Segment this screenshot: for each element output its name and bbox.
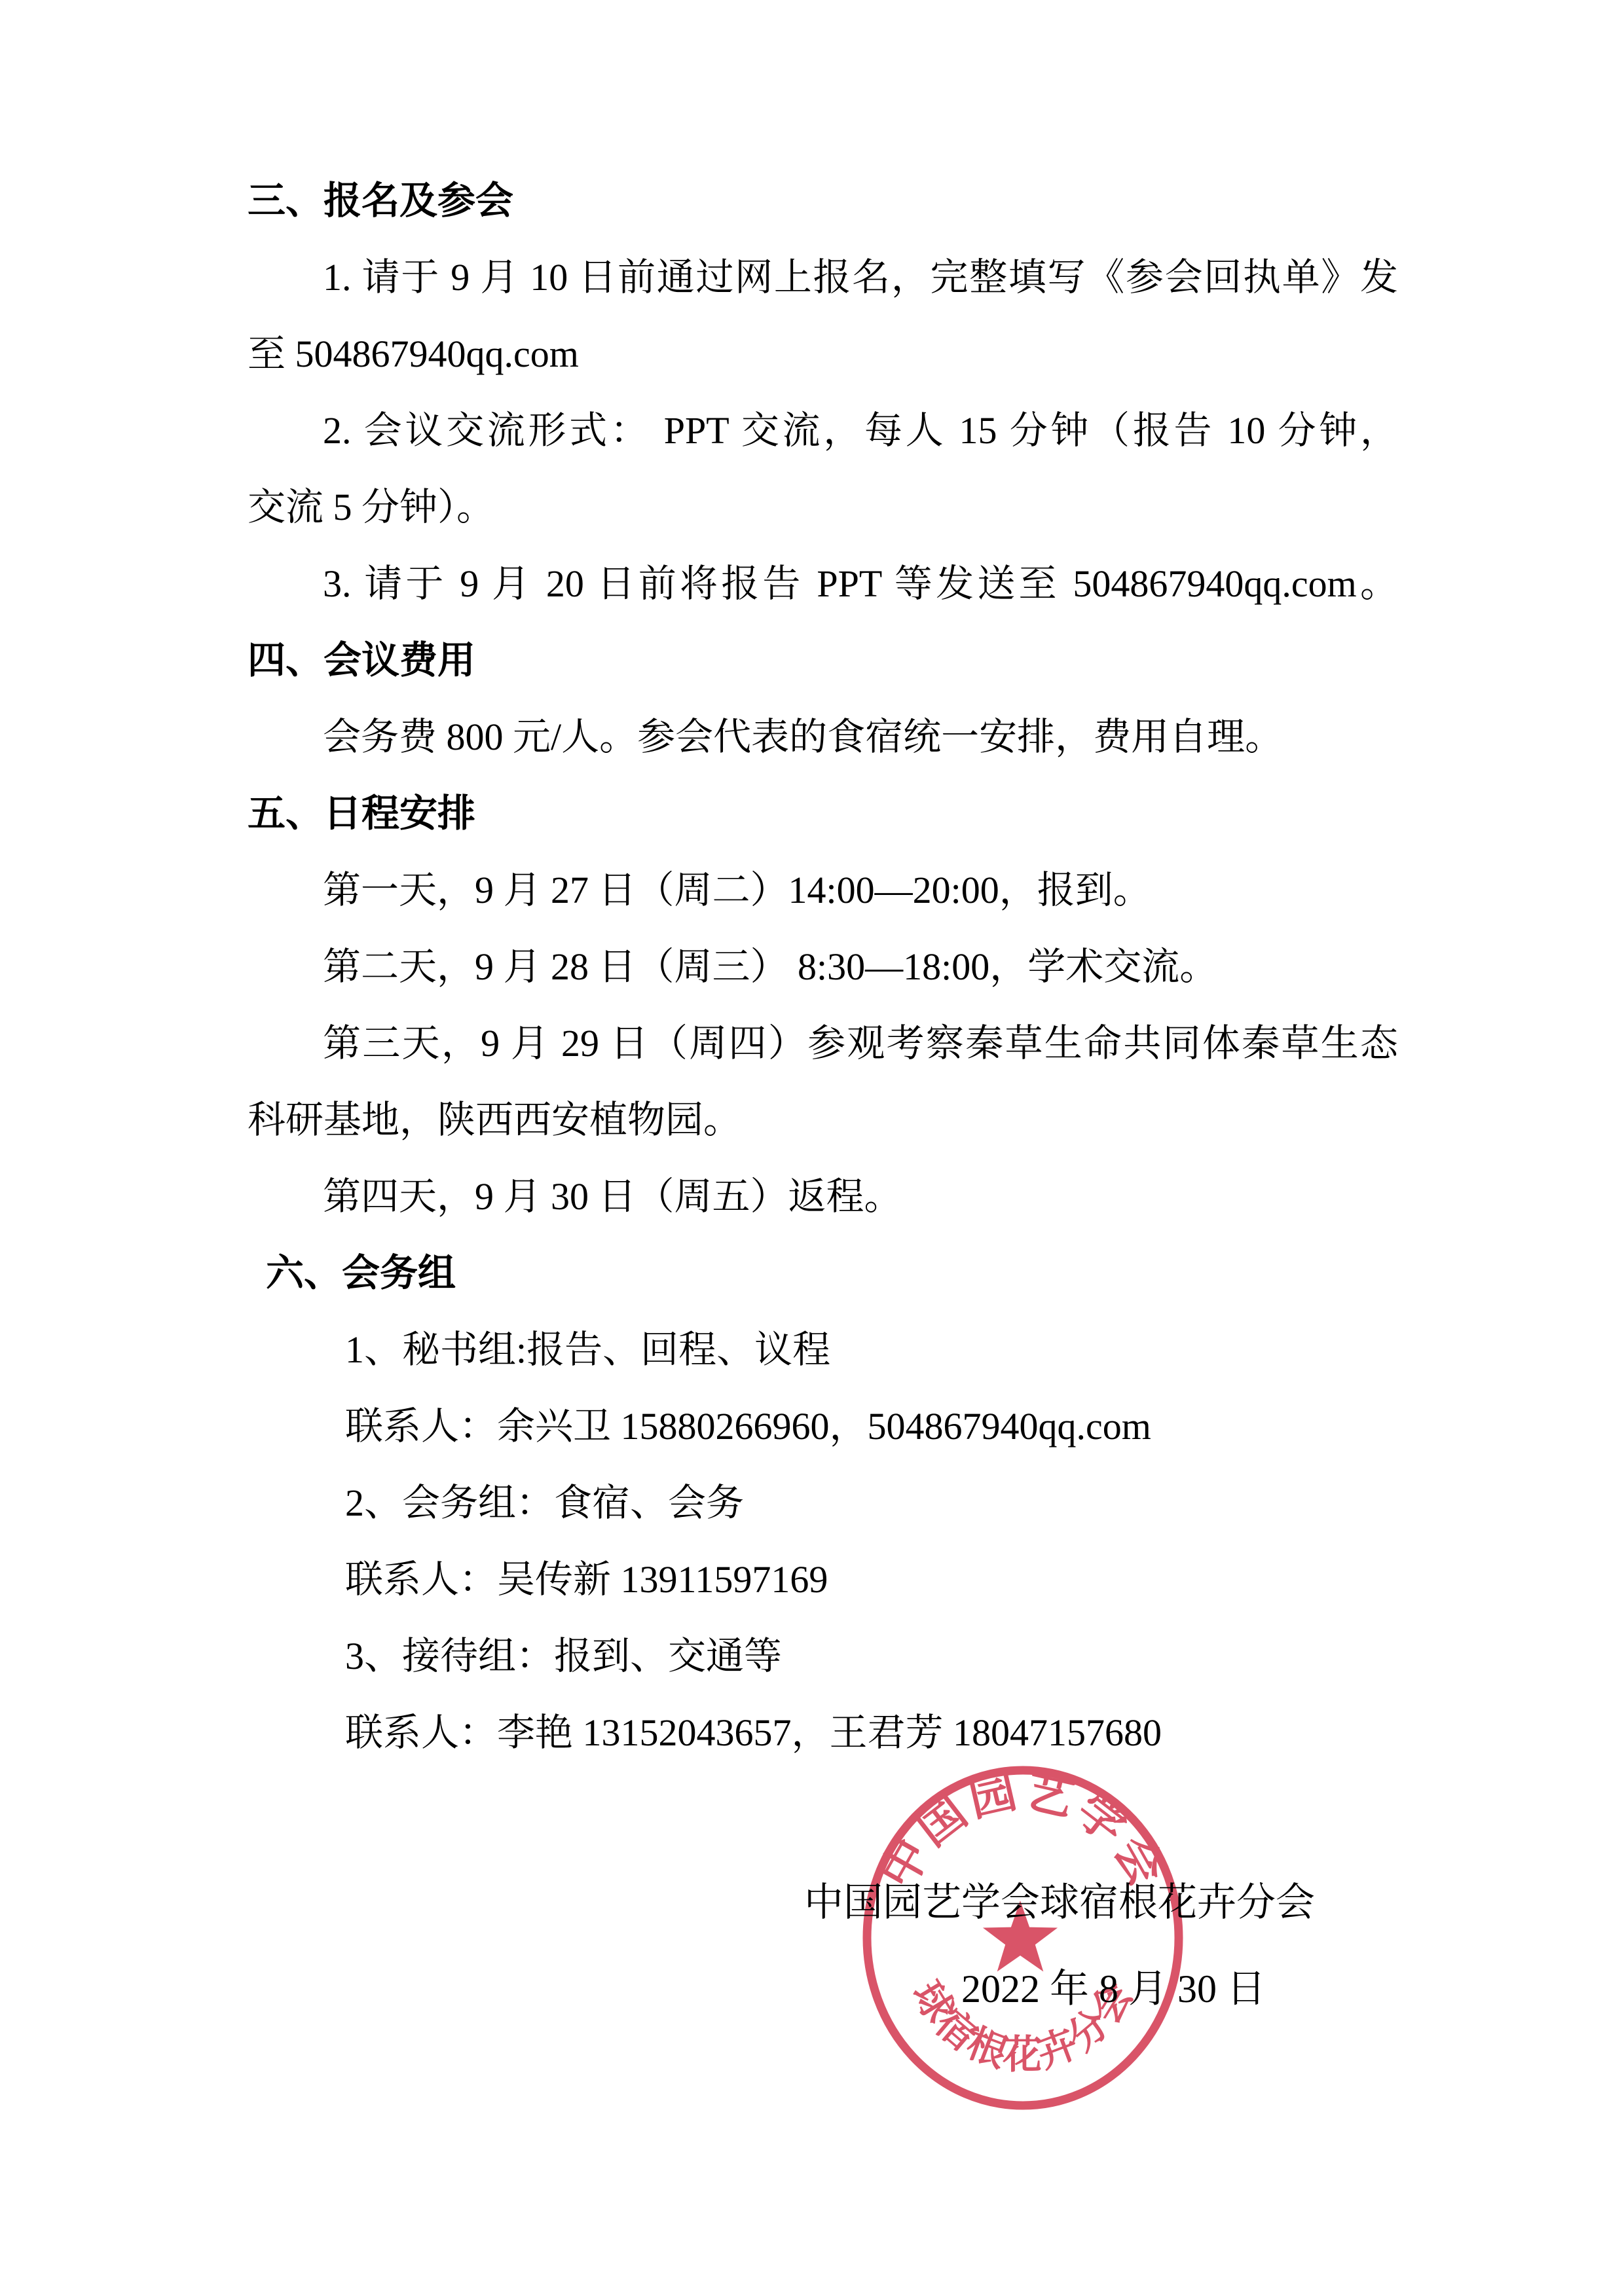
text-line: 1. 请于 9 月 10 日前通过网上报名，完整填写《参会回执单》发 — [248, 239, 1398, 316]
text-line: 3、接待组：报到、交通等 — [248, 1618, 1398, 1694]
document-body: 三、报名及参会1. 请于 9 月 10 日前通过网上报名，完整填写《参会回执单》… — [248, 162, 1398, 1771]
text-line: 至 504867940qq.com — [248, 316, 1398, 392]
text-line: 3. 请于 9 月 20 日前将报告 PPT 等发送至 504867940qq.… — [248, 545, 1398, 622]
text-line: 第三天，9 月 29 日（周四）参观考察秦草生命共同体秦草生态 — [248, 1005, 1398, 1082]
text-line: 2. 会议交流形式： PPT 交流，每人 15 分钟（报告 10 分钟， — [248, 392, 1398, 469]
text-line: 三、报名及参会 — [248, 162, 1398, 239]
text-line: 第一天，9 月 27 日（周二）14:00—20:00，报到。 — [248, 852, 1398, 928]
document-page: 三、报名及参会1. 请于 9 月 10 日前通过网上报名，完整填写《参会回执单》… — [0, 0, 1624, 2296]
text-line: 联系人：余兴卫 15880266960，504867940qq.com — [248, 1388, 1398, 1465]
text-line: 交流 5 分钟）。 — [248, 469, 1398, 545]
text-line: 科研基地，陕西西安植物园。 — [248, 1082, 1398, 1158]
text-line: 联系人：李艳 13152043657，王君芳 18047157680 — [248, 1694, 1398, 1771]
signature-org-line: 中国园艺学会球宿根花卉分会 — [804, 1865, 1315, 1941]
text-line: 第二天，9 月 28 日（周三） 8:30—18:00，学术交流。 — [248, 928, 1398, 1005]
text-line: 第四天，9 月 30 日（周五）返程。 — [248, 1158, 1398, 1235]
signature-date-line: 2022 年 8 月 30 日 — [961, 1951, 1266, 2028]
text-line: 联系人：吴传新 13911597169 — [248, 1541, 1398, 1618]
text-line: 六、会务组 — [248, 1235, 1398, 1311]
text-line: 会务费 800 元/人。参会代表的食宿统一安排，费用自理。 — [248, 699, 1398, 775]
text-line: 四、会议费用 — [248, 622, 1398, 699]
text-line: 2、会务组：食宿、会务 — [248, 1465, 1398, 1541]
text-line: 五、日程安排 — [248, 775, 1398, 852]
text-line: 1、秘书组:报告、回程、议程 — [248, 1311, 1398, 1388]
